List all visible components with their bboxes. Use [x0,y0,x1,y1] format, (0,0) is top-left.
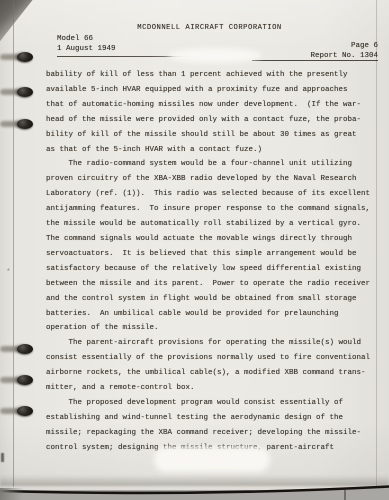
text-line: available 5-inch HVAR equipped with a pr… [46,83,378,98]
text-line: The parent-aircraft provisions for opera… [46,336,378,351]
scanned-report-page: MCDONNELL AIRCRAFT CORPORATION Model 66 … [0,0,389,500]
binder-ring [0,373,40,387]
text-line: The radio-command system would be a four… [46,157,378,172]
body-text: bability of kill of less than 1 percent … [46,68,378,456]
margin-mark: * [6,268,11,277]
text-line: that of automatic-homing missiles now un… [46,98,378,113]
report-underline [252,60,378,61]
ring-knob-icon [17,87,33,97]
erasure-smudge [168,48,262,63]
edge-mark [1,453,4,462]
ring-knob-icon [17,119,33,129]
backdrop-corner-shade [0,488,28,500]
ring-knob-icon [17,344,33,354]
binder-ring [0,117,40,131]
text-line: missile; repackaging the XBA command rec… [46,426,378,441]
text-line: head of the missile were provided only w… [46,113,378,128]
binder-ring [0,50,40,64]
text-line: The command signals would actuate the mo… [46,232,378,247]
text-line: proven circuitry of the XBA-XBB radio de… [46,172,378,187]
text-line: satisfactory because of the relatively l… [46,262,378,277]
ring-knob-icon [17,52,33,62]
text-line: bility of kill of the missile should sti… [46,128,378,143]
text-line: bability of kill of less than 1 percent … [46,68,378,83]
ring-knob-icon [17,375,33,385]
text-line: batteries. An umbilical cable would be p… [46,307,378,322]
text-line: as that of the 5-inch HVAR with a contac… [46,143,378,158]
text-line: establishing and wind-tunnel testing the… [46,411,378,426]
page-bottom-edge [0,483,389,500]
backdrop-edge-line [344,490,346,500]
text-line: airborne rockets, the umbilical cable(s)… [46,366,378,381]
text-line: and the control system in flight would b… [46,292,378,307]
text-line: antijamming features. To insure proper r… [46,202,378,217]
text-line: servoactuators. It is believed that this… [46,247,378,262]
text-line: the missile would be automatically roll … [46,217,378,232]
text-line: operation of the missile. [46,321,378,336]
binder-ring [0,342,40,356]
text-line: The proposed development program would c… [46,396,378,411]
binder-ring [0,85,40,99]
company-title: MCDONNELL AIRCRAFT CORPORATION [46,24,373,33]
text-line: Laboratory (ref. (1)). This radio was se… [46,187,378,202]
binder-ring [0,404,40,418]
erasure-smudge [154,447,270,472]
text-line: mitter, and a remote-control box. [46,381,378,396]
text-line: consist essentially of the provisions no… [46,351,378,366]
text-line: between the missile and its parent. Powe… [46,277,378,292]
ring-knob-icon [17,406,33,416]
